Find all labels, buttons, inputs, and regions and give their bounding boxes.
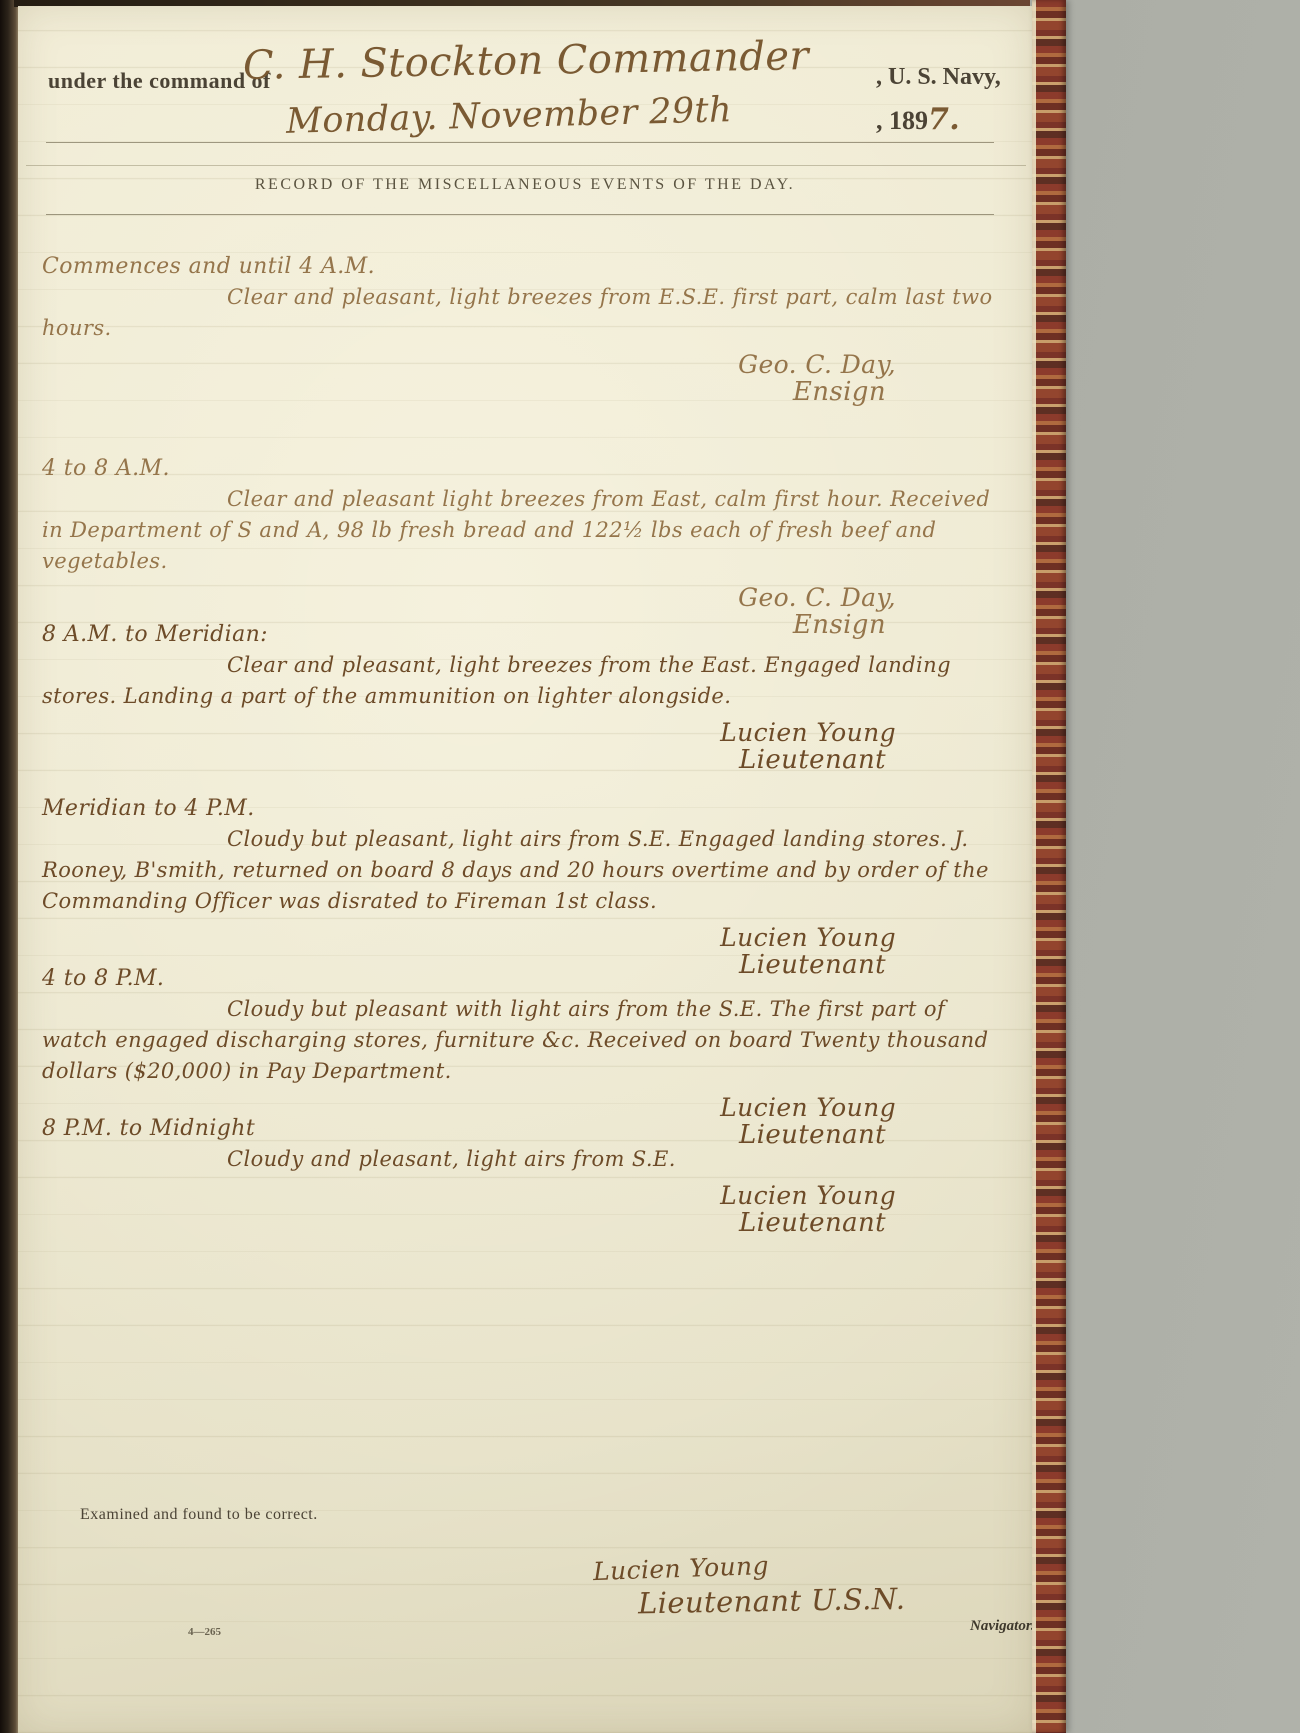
examined-note: Examined and found to be correct. — [80, 1506, 318, 1524]
log-entry-commences: Commences and until 4 A.M. Clear and ple… — [42, 252, 1004, 407]
entry-body: Clear and pleasant, light breezes from E… — [42, 282, 1004, 344]
form-number: 4—265 — [188, 1626, 221, 1638]
book-binding-edge — [0, 0, 18, 1733]
entry-signature: Lucien Young — [42, 718, 1004, 747]
entry-signature: Geo. C. Day, — [42, 350, 1004, 379]
navigator-printed-label: Navigator. — [970, 1618, 1035, 1635]
entry-rank: Lieutenant — [42, 745, 1004, 775]
entry-heading: 4 to 8 A.M. — [42, 454, 1004, 484]
entry-rank: Ensign — [42, 377, 1004, 407]
entry-body: Cloudy but pleasant, light airs from S.E… — [42, 824, 1004, 917]
entry-heading: Meridian to 4 P.M. — [42, 794, 1004, 824]
log-entry-8pm-midnight: 8 P.M. to Midnight Cloudy and pleasant, … — [42, 1114, 1004, 1238]
entry-body: Clear and pleasant, light breezes from t… — [42, 650, 1004, 712]
year-label: , 1897. — [876, 102, 960, 137]
year-printed-part: , 189 — [876, 106, 928, 135]
header-rule-1 — [46, 142, 994, 143]
entry-signature: Lucien Young — [42, 923, 1004, 952]
entry-heading: 4 to 8 P.M. — [42, 964, 1004, 994]
entry-signature: Geo. C. Day, — [42, 583, 1004, 612]
entry-body: Cloudy and pleasant, light airs from S.E… — [42, 1144, 1004, 1175]
logbook-page: under the command of C. H. Stockton Comm… — [18, 6, 1032, 1733]
commander-signature: C. H. Stockton Commander — [243, 33, 810, 89]
log-entry-meridian-4pm: Meridian to 4 P.M. Cloudy but pleasant, … — [42, 794, 1004, 980]
date-handwritten: Monday. November 29th — [286, 90, 733, 142]
header-rule-2 — [26, 165, 1026, 166]
printed-us-navy-label: , U. S. Navy, — [876, 64, 1001, 91]
entry-body: Cloudy but pleasant with light airs from… — [42, 994, 1004, 1087]
navigator-rank: Lieutenant U.S.N. — [638, 1582, 906, 1621]
printed-command-label: under the command of — [48, 68, 271, 94]
entry-heading: Commences and until 4 A.M. — [42, 252, 1004, 282]
log-entry-4to8am: 4 to 8 A.M. Clear and pleasant light bre… — [42, 454, 1004, 640]
marbled-fore-edge — [1032, 0, 1066, 1733]
navigator-signature: Lucien Young — [593, 1551, 770, 1586]
year-handwritten-digit: 7. — [928, 102, 960, 137]
scanned-logbook-photo: under the command of C. H. Stockton Comm… — [0, 0, 1300, 1733]
entry-signature: Lucien Young — [42, 1181, 1004, 1210]
entry-heading: 8 A.M. to Meridian: — [42, 620, 1004, 650]
entry-body: Clear and pleasant light breezes from Ea… — [42, 484, 1004, 577]
entry-rank: Lieutenant — [42, 1208, 1004, 1238]
log-entry-8am-meridian: 8 A.M. to Meridian: Clear and pleasant, … — [42, 620, 1004, 775]
entry-heading: 8 P.M. to Midnight — [42, 1114, 1004, 1144]
section-title: RECORD OF THE MISCELLANEOUS EVENTS OF TH… — [18, 176, 1032, 194]
section-rule — [46, 214, 994, 215]
